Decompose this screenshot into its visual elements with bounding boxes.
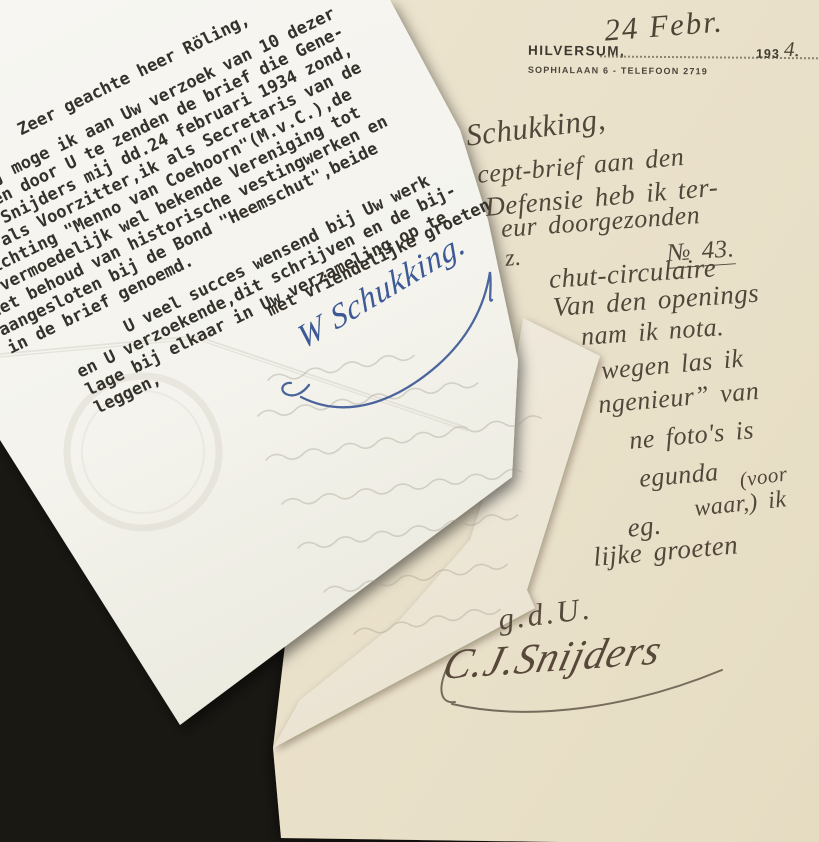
printed-year: 193	[756, 47, 780, 61]
handwritten-year-digit: 4.	[784, 37, 800, 62]
handwritten-line: z.	[504, 245, 523, 273]
letterhead: HILVERSUM, 24 Febr. 193 4. SOPHIALAAN 6 …	[516, 17, 817, 90]
letterhead-address: SOPHIALAAN 6 - TELEFOON 2719	[528, 65, 708, 77]
scanned-letters-collage: Zeer geachte heer Röling, Hierbij moge i…	[0, 0, 819, 842]
